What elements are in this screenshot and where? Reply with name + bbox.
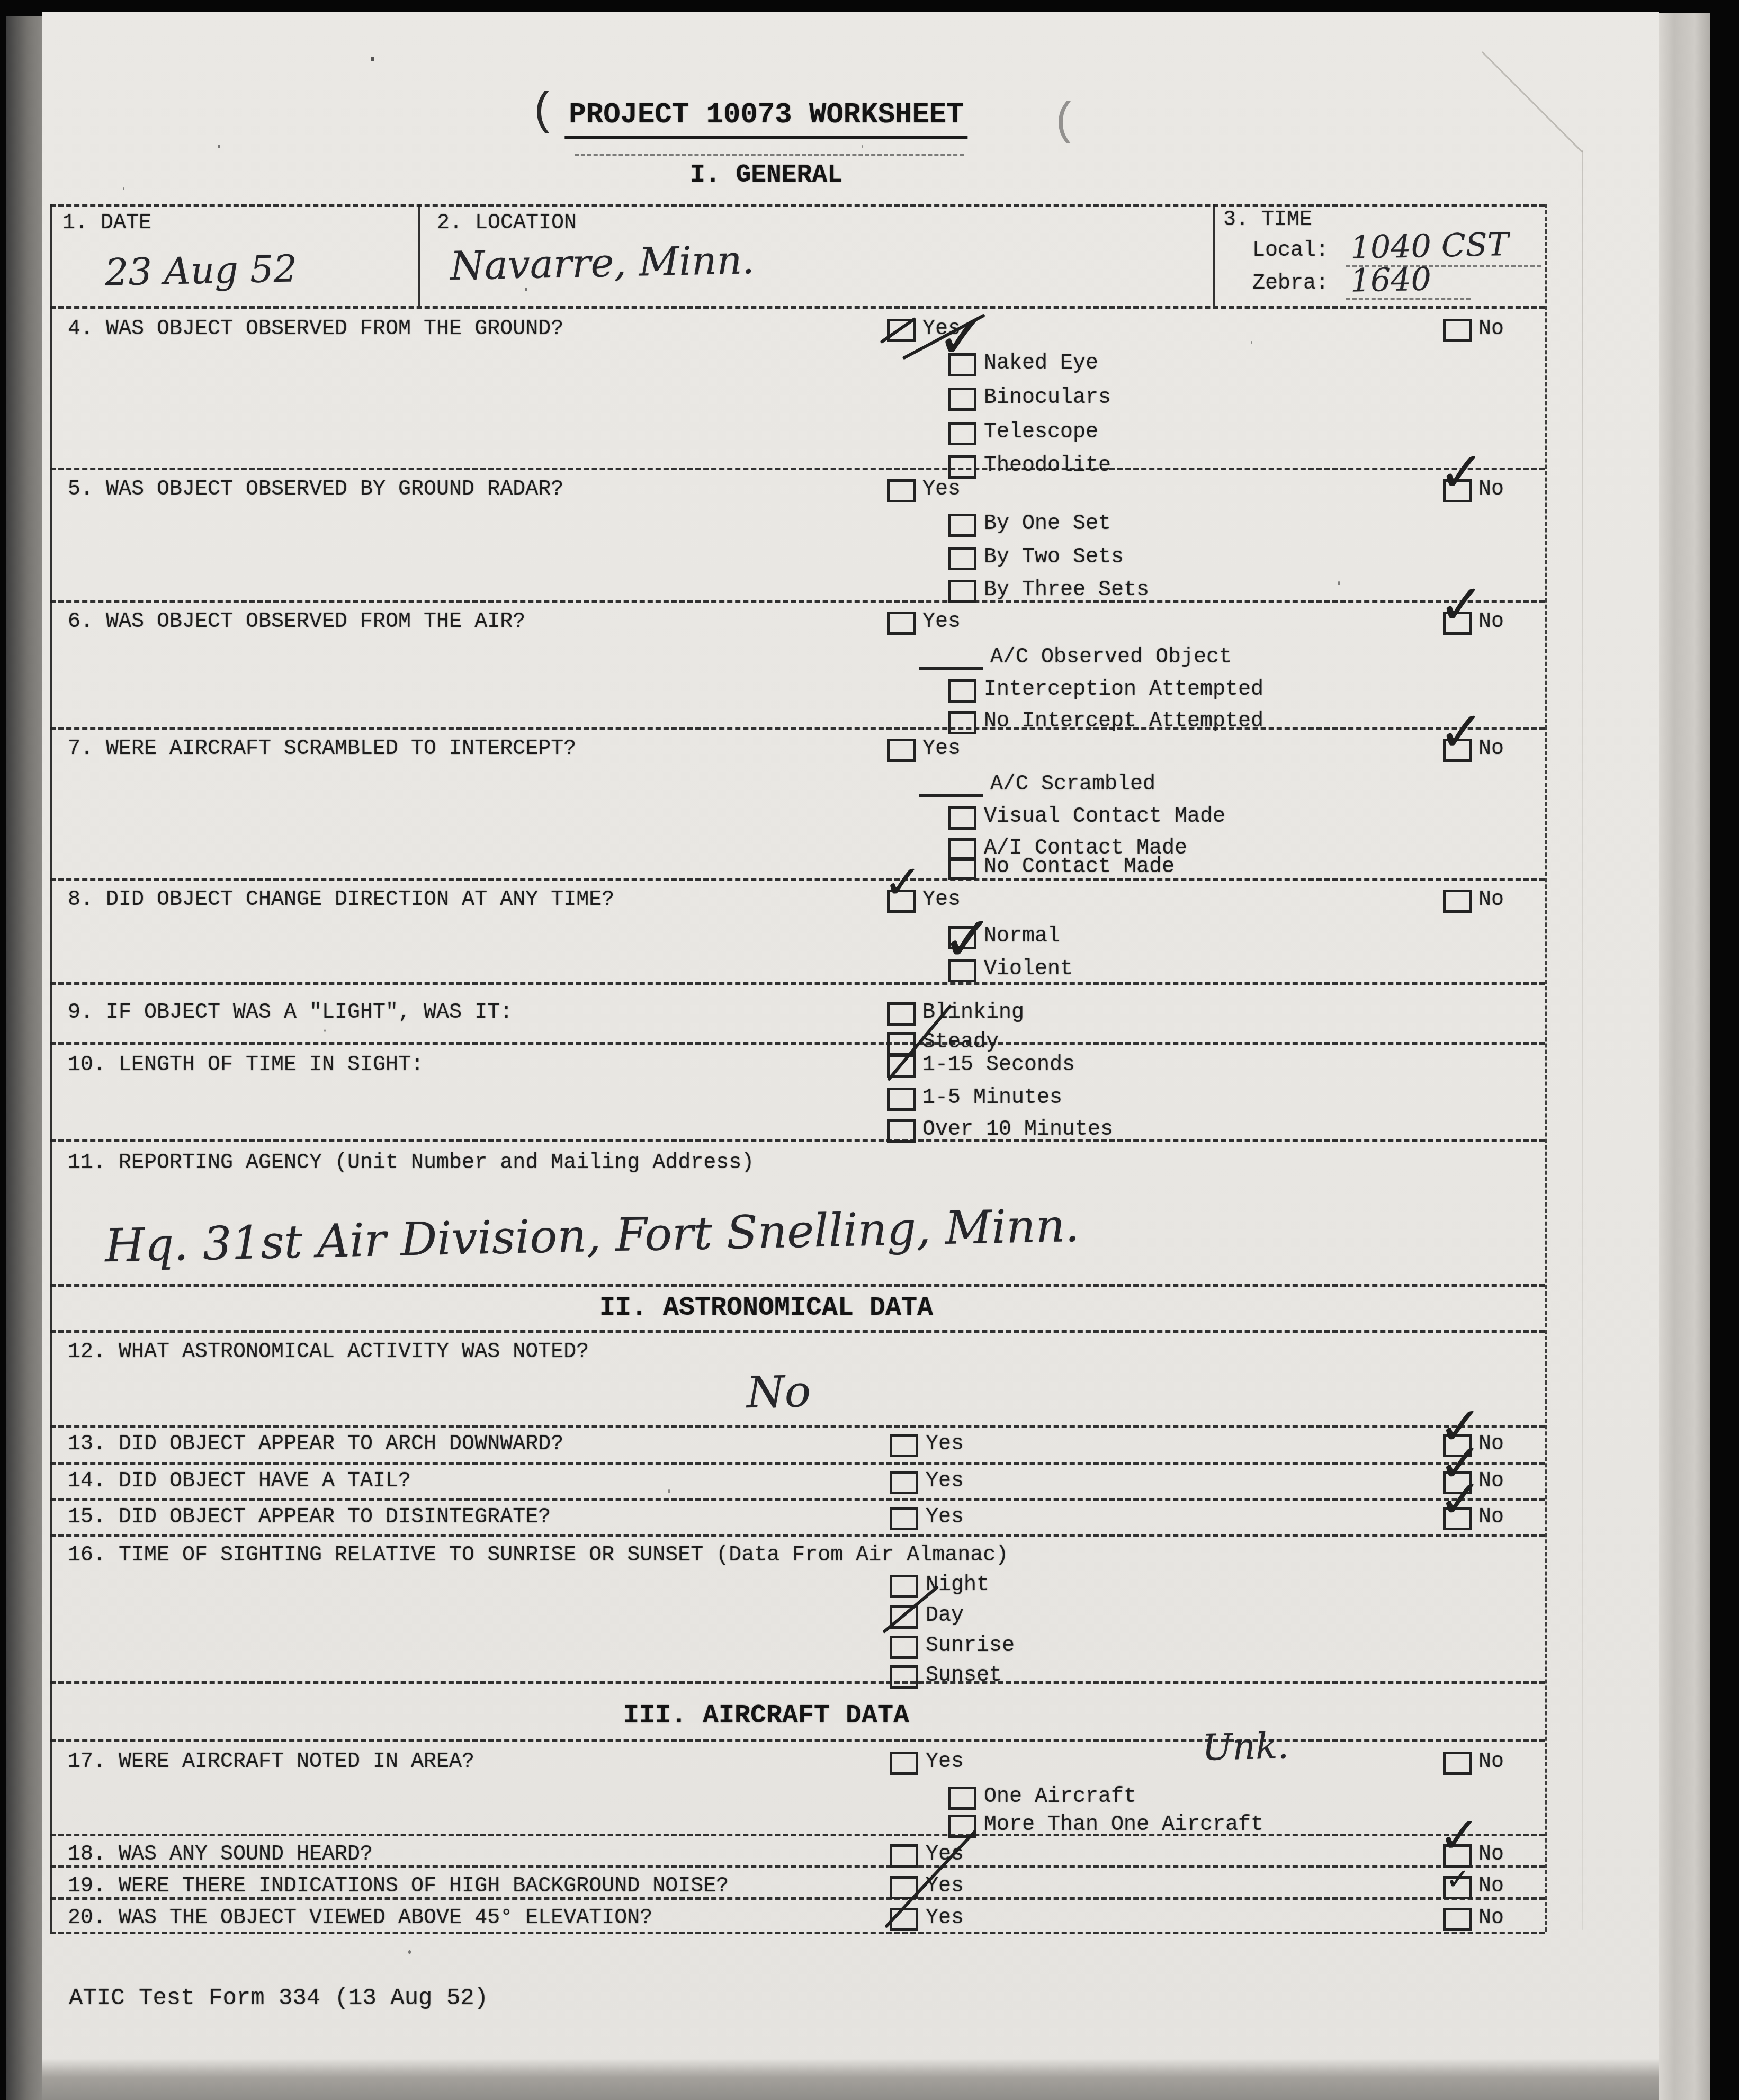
table-line [50,1739,1545,1742]
q7-text: 7. WERE AIRCRAFT SCRAMBLED TO INTERCEPT? [68,738,576,761]
q4-telescope-label: Telescope [984,421,1098,445]
q16-night-checkbox[interactable] [890,1575,918,1598]
q8-text: 8. DID OBJECT CHANGE DIRECTION AT ANY TI… [68,889,614,912]
section-heading-astronomical: II. ASTRONOMICAL DATA [599,1293,933,1323]
section-heading-general: I. GENERAL [690,161,842,190]
q4-binoculars-checkbox[interactable] [948,388,976,411]
time-zebra-underline[interactable] [1346,298,1471,300]
q17-no-checkbox[interactable] [1443,1752,1472,1775]
q7-visual-contact-checkbox[interactable] [948,806,976,830]
q5-no-check-mark: ✓ [1438,445,1485,500]
q9-steady-label: Steady [922,1031,999,1055]
q10-1-5-minutes-checkbox[interactable] [887,1088,916,1111]
q16-text: 16. TIME OF SIGHTING RELATIVE TO SUNRISE… [68,1544,1008,1568]
table-line [50,1462,1545,1465]
table-line [50,1534,1545,1537]
q10-1-15-seconds-label: 1-15 Seconds [922,1054,1075,1078]
q19-no-label: No [1478,1875,1504,1899]
scan-right-page-edge [1659,13,1710,2100]
q4-binoculars-label: Binoculars [984,387,1111,410]
q6-no-intercept-label: No Intercept Attempted [984,710,1263,734]
q15-yes-checkbox[interactable] [890,1507,918,1530]
q15-yes-label: Yes [926,1506,964,1530]
table-line [50,1284,1545,1287]
table-line [50,600,1545,603]
table-line [50,1330,1545,1333]
q8-no-label: No [1478,889,1504,912]
q17-one-aircraft-checkbox[interactable] [948,1787,976,1810]
q8-violent-check-mark: ✓ [942,908,994,970]
q7-no-check-mark: ✓ [1438,704,1485,760]
q16-sunrise-label: Sunrise [926,1635,1015,1658]
q12-value: No [746,1367,811,1419]
scanned-document: { "document": { "title": "PROJECT 10073 … [0,0,1739,2100]
q5-two-sets-checkbox[interactable] [948,547,976,570]
q16-night-label: Night [926,1574,989,1598]
q8-yes-check-mark: ✓ [883,859,922,905]
q7-no-contact-label: No Contact Made [984,856,1175,880]
location-label: 2. LOCATION [437,212,577,236]
q7-visual-contact-label: Visual Contact Made [984,805,1225,829]
table-line [50,1834,1545,1836]
q8-violent-label: Violent [984,958,1073,982]
q7-ac-scrambled-fill-line[interactable] [919,794,983,797]
scan-bottom-shadow [42,2059,1659,2100]
q5-three-sets-label: By Three Sets [984,579,1149,603]
q20-text: 20. WAS THE OBJECT VIEWED ABOVE 45° ELEV… [68,1907,652,1931]
q20-yes-label: Yes [926,1907,964,1931]
q10-over-10-minutes-label: Over 10 Minutes [922,1118,1113,1142]
q14-yes-label: Yes [926,1470,964,1494]
table-line [50,204,1545,207]
paper-speck [371,57,374,61]
q6-interception-checkbox[interactable] [948,679,976,703]
q17-yes-checkbox[interactable] [890,1752,918,1775]
q17-one-aircraft-label: One Aircraft [984,1785,1136,1809]
q5-yes-label: Yes [922,478,961,502]
q6-text: 6. WAS OBJECT OBSERVED FROM THE AIR? [68,611,525,634]
q18-no-check-mark: ✓ [1438,1811,1481,1861]
q17-unk-value: Unk. [1202,1725,1289,1769]
q13-text: 13. DID OBJECT APPEAR TO ARCH DOWNWARD? [68,1433,563,1457]
q9-text: 9. IF OBJECT WAS A "LIGHT", WAS IT: [68,1001,513,1025]
q8-normal-label: Normal [984,925,1060,949]
q5-text: 5. WAS OBJECT OBSERVED BY GROUND RADAR? [68,478,563,502]
q19-no-check-mark: ✓ [1446,1865,1471,1895]
q6-ac-observed-fill-line[interactable] [919,667,983,670]
fold-crease-diagonal [1482,51,1583,153]
q14-yes-checkbox[interactable] [890,1471,918,1494]
date-value: 23 Aug 52 [104,247,298,294]
table-line [50,1139,1545,1142]
q6-no-intercept-checkbox[interactable] [948,711,976,734]
q13-yes-label: Yes [926,1433,964,1457]
q7-no-contact-checkbox[interactable] [948,857,976,880]
q13-yes-checkbox[interactable] [890,1434,918,1457]
table-line [50,1932,1545,1934]
q17-text: 17. WERE AIRCRAFT NOTED IN AREA? [68,1751,474,1774]
q14-text: 14. DID OBJECT HAVE A TAIL? [68,1470,411,1494]
q7-yes-label: Yes [922,738,961,761]
table-left-border [50,204,52,1932]
q16-sunset-label: Sunset [926,1664,1002,1688]
q5-one-set-label: By One Set [984,513,1111,536]
scan-left-edge [6,16,42,2100]
form-page: ( ( PROJECT 10073 WORKSHEET I. GENERAL 1… [42,12,1659,2100]
q16-day-label: Day [926,1604,964,1628]
q4-theodolite-label: Theodolite [984,454,1111,478]
q5-three-sets-checkbox[interactable] [948,580,976,603]
q10-text: 10. LENGTH OF TIME IN SIGHT: [68,1054,424,1078]
cell-divider-location-time [1213,204,1215,306]
q4-naked-eye-check-mark: ✓ [936,307,987,368]
q16-sunrise-checkbox[interactable] [890,1636,918,1659]
q15-text: 15. DID OBJECT APPEAR TO DISINTEGRATE? [68,1506,551,1530]
time-zebra-label: Zebra: [1252,272,1329,296]
q11-agency-value: Hq. 31st Air Division, Fort Snelling, Mi… [104,1199,1080,1273]
table-line [50,1425,1545,1428]
q4-text: 4. WAS OBJECT OBSERVED FROM THE GROUND? [68,318,563,342]
fold-crease-vertical [1582,150,1583,1930]
q8-no-checkbox[interactable] [1443,890,1472,913]
q15-no-check-mark: ✓ [1438,1473,1483,1526]
stray-paren-right: ( [1051,96,1078,148]
q10-over-10-minutes-checkbox[interactable] [887,1119,916,1143]
table-line [50,306,1545,309]
q17-yes-label: Yes [926,1751,964,1774]
q17-no-label: No [1478,1751,1504,1774]
q7-yes-checkbox[interactable] [887,739,916,762]
time-label: 3. TIME [1223,209,1312,232]
time-zebra-value: 1640 [1350,261,1431,299]
q10-1-5-minutes-label: 1-5 Minutes [922,1087,1062,1110]
q5-yes-checkbox[interactable] [887,479,916,502]
cell-divider-date-location [418,204,420,306]
table-line [50,1681,1545,1684]
q6-interception-label: Interception Attempted [984,678,1263,702]
table-right-border [1545,204,1547,1932]
q18-text: 18. WAS ANY SOUND HEARD? [68,1843,373,1867]
q19-text: 19. WERE THERE INDICATIONS OF HIGH BACKG… [68,1875,729,1899]
q4-telescope-checkbox[interactable] [948,422,976,445]
time-local-label: Local: [1252,239,1329,263]
q17-more-aircraft-label: More Than One Aircraft [984,1814,1263,1837]
title-underline-2 [575,154,964,156]
q4-no-label: No [1478,318,1504,342]
q6-yes-label: Yes [922,611,961,634]
table-line [50,1042,1545,1045]
table-line [50,727,1545,730]
section-heading-aircraft: III. AIRCRAFT DATA [623,1701,909,1731]
q4-no-checkbox[interactable] [1443,319,1472,342]
table-line [50,982,1545,985]
q11-text: 11. REPORTING AGENCY (Unit Number and Ma… [68,1152,754,1175]
q7-ac-scrambled-label: A/C Scrambled [990,773,1155,797]
q4-theodolite-checkbox[interactable] [948,455,976,479]
q6-ac-observed-label: A/C Observed Object [990,646,1232,670]
q18-yes-checkbox[interactable] [890,1844,918,1868]
q20-no-label: No [1478,1907,1504,1931]
q6-yes-checkbox[interactable] [887,612,916,635]
q12-text: 12. WHAT ASTRONOMICAL ACTIVITY WAS NOTED… [68,1341,589,1365]
q18-no-label: No [1478,1843,1504,1867]
q16-sunset-checkbox[interactable] [890,1665,918,1689]
table-line [50,468,1545,470]
q5-two-sets-label: By Two Sets [984,546,1124,570]
stray-paren-left: ( [530,86,557,137]
q20-no-checkbox[interactable] [1443,1908,1472,1931]
q9-blinking-checkbox[interactable] [887,1002,916,1026]
location-value: Navarre, Minn. [450,237,755,289]
q4-naked-eye-label: Naked Eye [984,352,1098,376]
form-title: PROJECT 10073 WORKSHEET [564,99,967,139]
q5-one-set-checkbox[interactable] [948,514,976,537]
table-line [50,1498,1545,1501]
date-label: 1. DATE [62,212,151,236]
q6-no-check-mark: ✓ [1438,577,1485,633]
form-number-footer: ATIC Test Form 334 (13 Aug 52) [69,1986,488,2012]
table-line [50,878,1545,881]
